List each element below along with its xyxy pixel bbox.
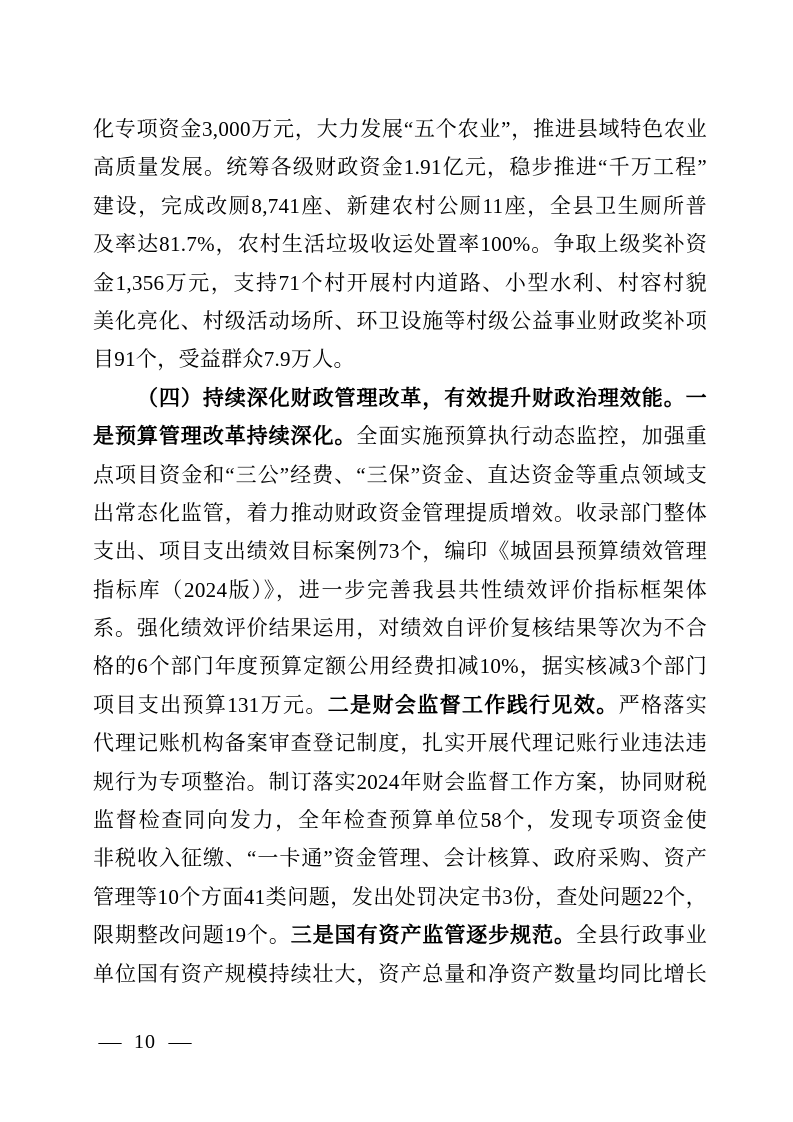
text-line: 管理等10个方面41类问题，发出处罚决定书3份，查处问题22个， <box>93 878 707 916</box>
text-run: 金1,356万元，支持71个村开展村内道路、小型水利、村容村貌 <box>93 271 707 295</box>
bold-text-run: 三是国有资产监管逐步规范。 <box>291 923 576 947</box>
text-line: 格的6个部门年度预算定额公用经费扣减10%，据实核减3个部门 <box>93 647 707 685</box>
text-line: 高质量发展。统筹各级财政资金1.91亿元，稳步推进“千万工程” <box>93 148 707 186</box>
text-run: 限期整改问题19个。 <box>93 923 291 947</box>
text-line: 监督检查同向发力，全年检查预算单位58个，发现专项资金使用、 <box>93 801 707 839</box>
text-run: 指标库（2024版）》，进一步完善我县共性绩效评价指标框架体 <box>93 578 707 602</box>
text-line: 指标库（2024版）》，进一步完善我县共性绩效评价指标框架体 <box>93 571 707 609</box>
text-run: 及率达81.7%，农村生活垃圾收运处置率100%。争取上级奖补资 <box>93 232 707 256</box>
text-run: 高质量发展。统筹各级财政资金1.91亿元，稳步推进“千万工程” <box>93 155 707 179</box>
text-run: 监督检查同向发力，全年检查预算单位58个，发现专项资金使用、 <box>93 808 707 839</box>
text-line: 限期整改问题19个。三是国有资产监管逐步规范。全县行政事业 <box>93 916 707 954</box>
text-line: 非税收入征缴、“一卡通”资金管理、会计核算、政府采购、资产 <box>93 839 707 877</box>
text-line: 是预算管理改革持续深化。全面实施预算执行动态监控，加强重 <box>93 417 707 455</box>
text-run: 目91个，受益群众7.9万人。 <box>93 347 355 371</box>
text-line: 规行为专项整治。制订落实2024年财会监督工作方案，协同财税 <box>93 763 707 801</box>
page-number: 10 <box>134 1030 156 1054</box>
text-run: 建设，完成改厕8,741座、新建农村公厕11座，全县卫生厕所普 <box>93 194 707 218</box>
text-line: 金1,356万元，支持71个村开展村内道路、小型水利、村容村貌 <box>93 264 707 302</box>
document-body: 化专项资金3,000万元，大力发展“五个农业”，推进县域特色农业高质量发展。统筹… <box>93 110 707 993</box>
footer-dash-right: — <box>169 1030 192 1054</box>
document-page: 化专项资金3,000万元，大力发展“五个农业”，推进县域特色农业高质量发展。统筹… <box>0 0 793 1122</box>
text-line: 化专项资金3,000万元，大力发展“五个农业”，推进县域特色农业 <box>93 110 707 148</box>
text-run: 点项目资金和“三公”经费、“三保”资金、直达资金等重点领域支 <box>93 463 707 487</box>
text-run: 系。强化绩效评价结果运用，对绩效自评价复核结果等次为不合 <box>93 616 707 640</box>
text-run: 格的6个部门年度预算定额公用经费扣减10%，据实核减3个部门 <box>93 654 707 678</box>
text-run: 管理等10个方面41类问题，发出处罚决定书3份，查处问题22个， <box>93 885 707 909</box>
text-run: 项目支出预算131万元。 <box>93 693 328 717</box>
text-run: 支出、项目支出绩效目标案例73个，编印《城固县预算绩效管理 <box>93 539 707 563</box>
text-run: 单位国有资产规模持续壮大，资产总量和净资产数量均同比增长 <box>93 962 707 986</box>
text-line: （四）持续深化财政管理改革，有效提升财政治理效能。一 <box>93 379 707 417</box>
page-footer: — 10 — <box>100 1030 190 1054</box>
text-line: 单位国有资产规模持续壮大，资产总量和净资产数量均同比增长 <box>93 955 707 993</box>
text-line: 建设，完成改厕8,741座、新建农村公厕11座，全县卫生厕所普 <box>93 187 707 225</box>
text-run: 代理记账机构备案审查登记制度，扎实开展代理记账行业违法违 <box>93 731 707 755</box>
text-line: 点项目资金和“三公”经费、“三保”资金、直达资金等重点领域支 <box>93 456 707 494</box>
text-line: 系。强化绩效评价结果运用，对绩效自评价复核结果等次为不合 <box>93 609 707 647</box>
text-run: 美化亮化、村级活动场所、环卫设施等村级公益事业财政奖补项 <box>93 309 707 333</box>
text-line: 美化亮化、村级活动场所、环卫设施等村级公益事业财政奖补项 <box>93 302 707 340</box>
text-run: 规行为专项整治。制订落实2024年财会监督工作方案，协同财税 <box>93 770 707 794</box>
text-line: 支出、项目支出绩效目标案例73个，编印《城固县预算绩效管理 <box>93 532 707 570</box>
text-run: 出常态化监管，着力推动财政资金管理提质增效。收录部门整体 <box>93 501 707 525</box>
footer-dash-left: — <box>99 1030 122 1054</box>
text-run: 全县行政事业 <box>576 923 707 947</box>
text-line: 目91个，受益群众7.9万人。 <box>93 340 707 378</box>
bold-text-run: 是预算管理改革持续深化。 <box>93 424 356 448</box>
text-line: 项目支出预算131万元。二是财会监督工作践行见效。严格落实 <box>93 686 707 724</box>
text-line: 代理记账机构备案审查登记制度，扎实开展代理记账行业违法违 <box>93 724 707 762</box>
text-line: 及率达81.7%，农村生活垃圾收运处置率100%。争取上级奖补资 <box>93 225 707 263</box>
text-line: 出常态化监管，着力推动财政资金管理提质增效。收录部门整体 <box>93 494 707 532</box>
bold-text-run: （四）持续深化财政管理改革，有效提升财政治理效能。一 <box>137 386 707 410</box>
bold-text-run: 二是财会监督工作践行见效。 <box>328 693 619 717</box>
text-run: 全面实施预算执行动态监控，加强重 <box>356 424 707 448</box>
text-run: 非税收入征缴、“一卡通”资金管理、会计核算、政府采购、资产 <box>93 846 707 870</box>
text-run: 化专项资金3,000万元，大力发展“五个农业”，推进县域特色农业 <box>93 117 707 141</box>
text-run: 严格落实 <box>619 693 707 717</box>
